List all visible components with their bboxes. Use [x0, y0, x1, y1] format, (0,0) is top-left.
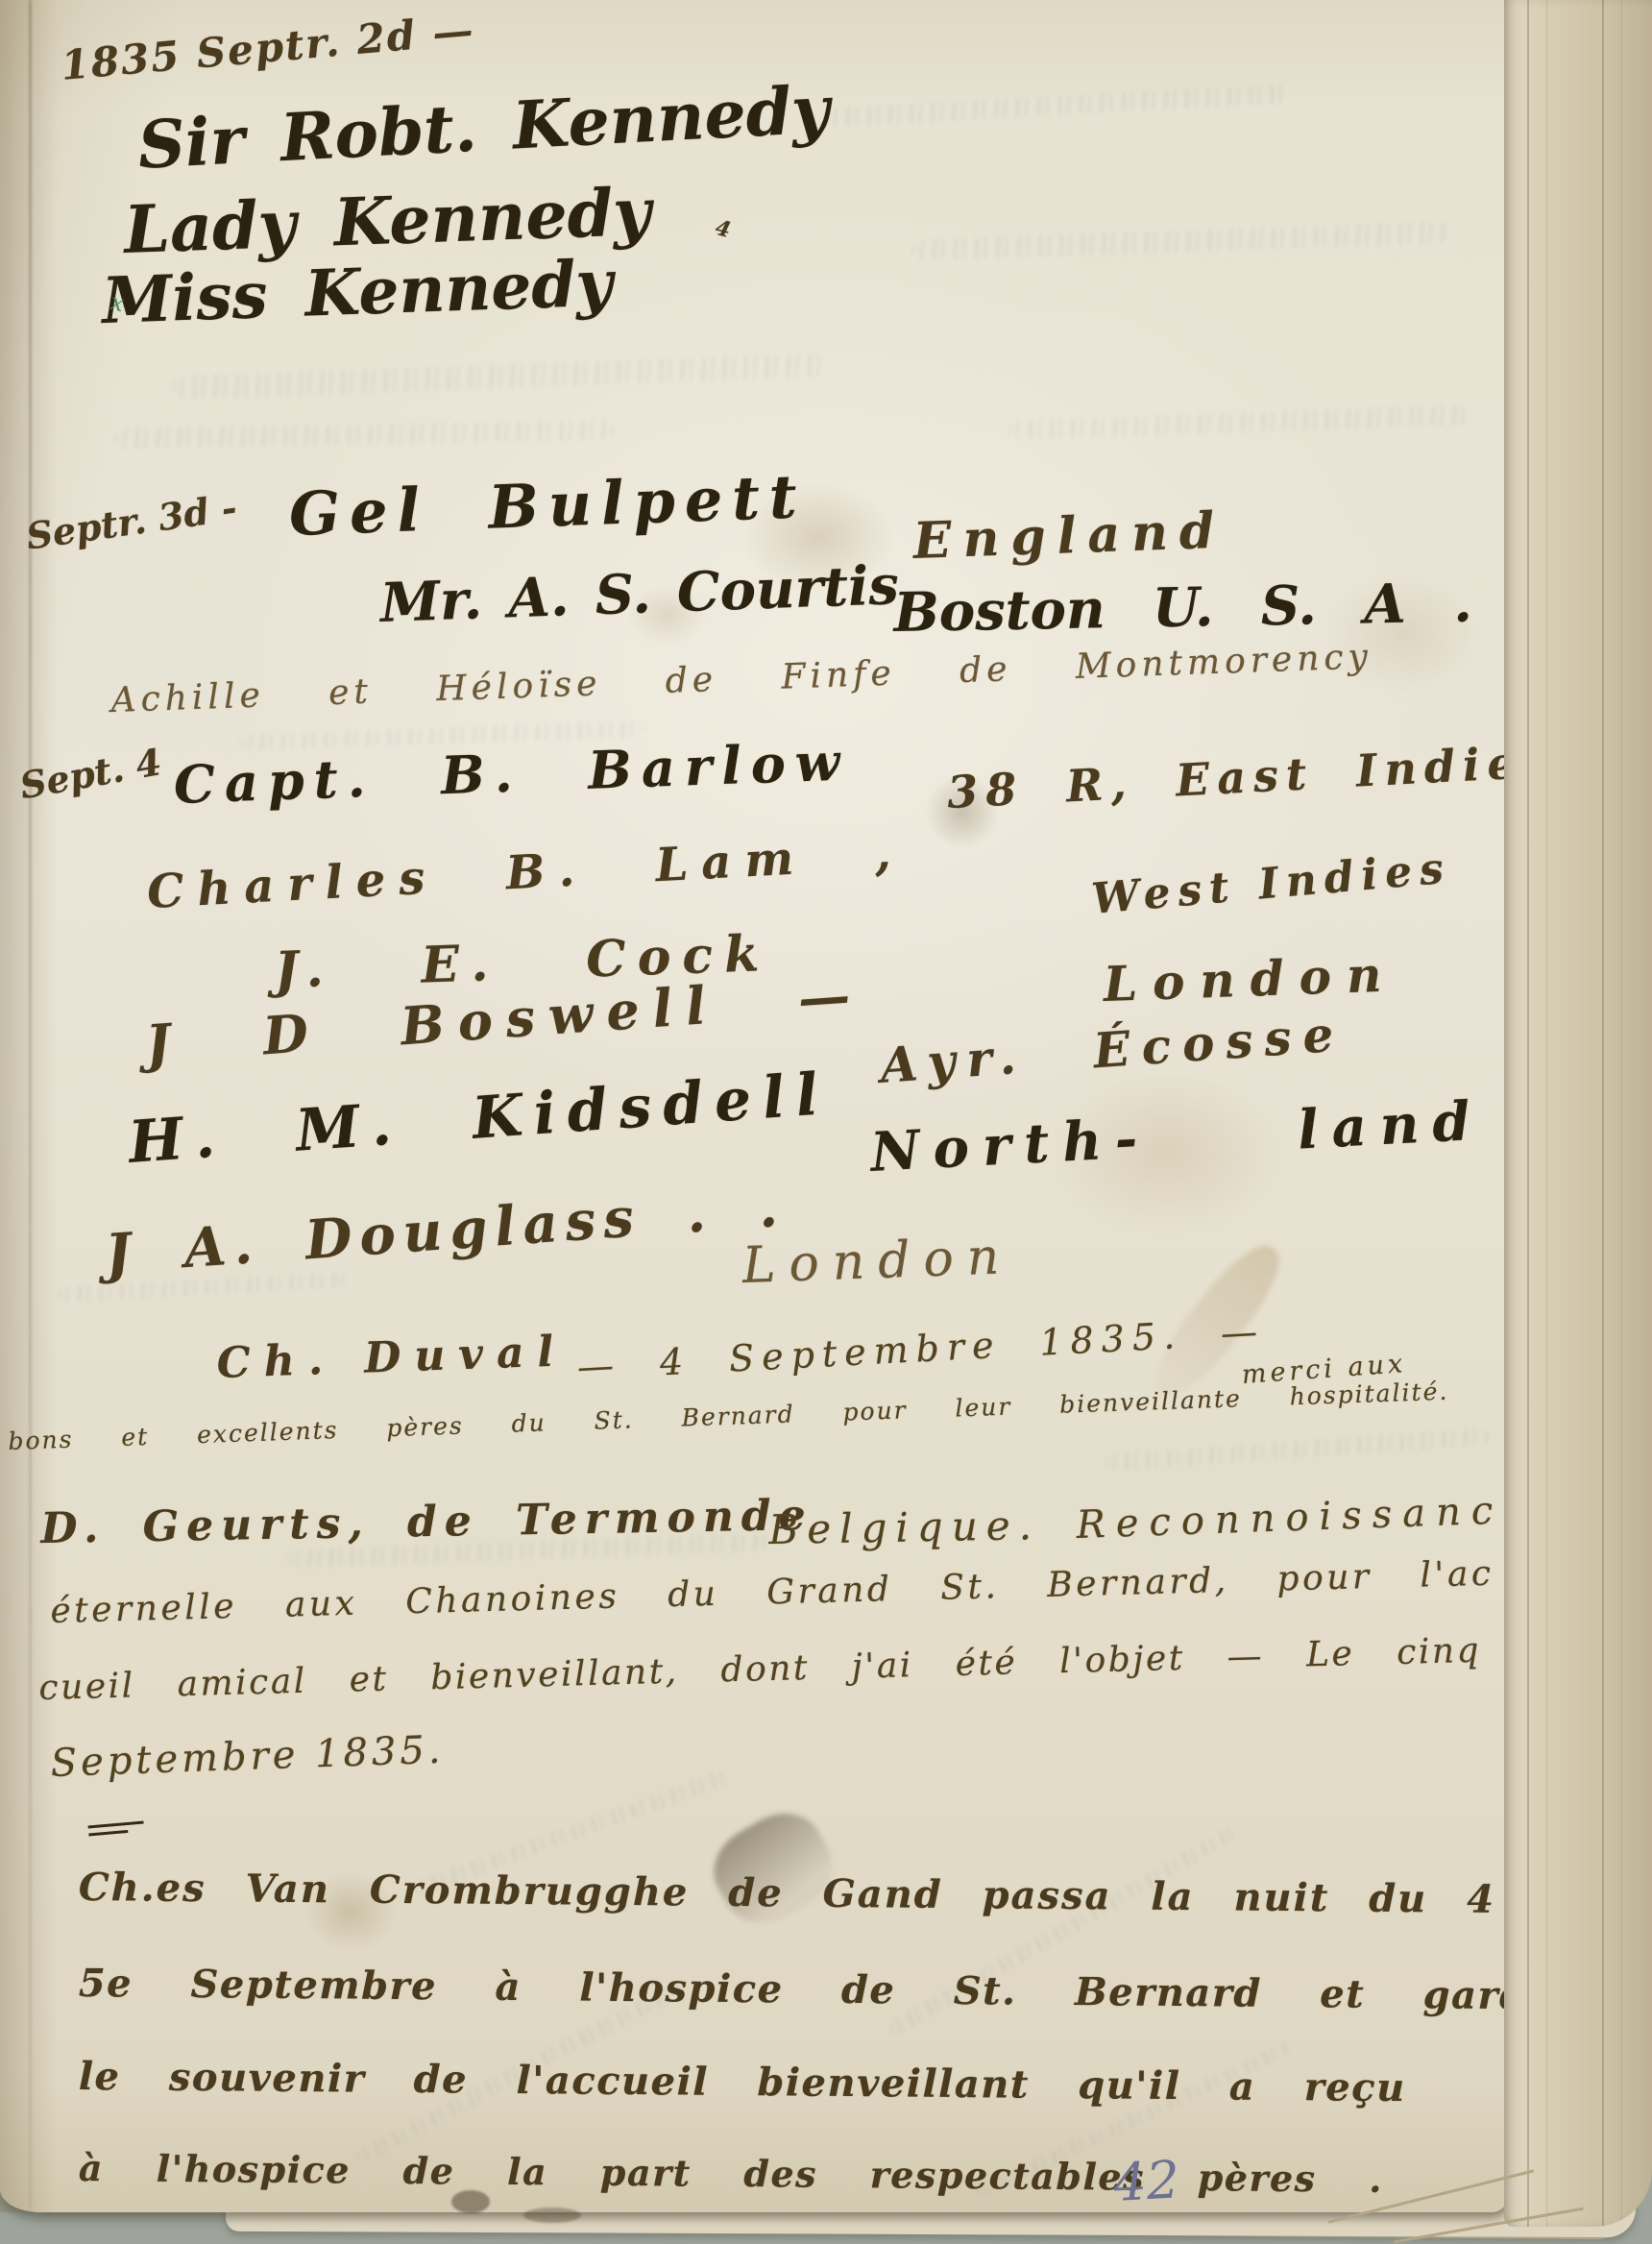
entry-name: Miss Kennedy — [101, 251, 614, 332]
ink-showthrough — [115, 420, 615, 448]
entry-note: éternelle aux Chanoines du Grand St. Ber… — [50, 1557, 1494, 1629]
entry-name: Sir Robt. Kennedy — [136, 77, 831, 179]
entry-place: England — [912, 506, 1227, 567]
ink-showthrough — [173, 354, 826, 400]
entry-name: H. M. Kidsdell — [127, 1065, 831, 1172]
entry-place: West Indies — [1090, 847, 1452, 921]
entry-place: London — [1103, 950, 1397, 1009]
entry-name: J A. Douglass . . — [104, 1181, 787, 1281]
ink-showthrough — [912, 221, 1450, 261]
entry-note: 5e Septembre à l'hospice de St. Bernard … — [79, 1964, 1554, 2015]
entry-place: 38 R, East Indies — [946, 739, 1557, 815]
entry-name: Mr. A. S. Courtis — [379, 558, 900, 630]
entry-place: Boston U. S. A . — [893, 575, 1472, 640]
ink-spot — [523, 2207, 581, 2223]
ink-showthrough — [1105, 1427, 1489, 1472]
left-fold-crease — [29, 0, 32, 2209]
entry-note: Ch.es Van Crombrugghe de Gand passa la n… — [79, 1868, 1591, 1920]
ink-smudge — [699, 1798, 847, 1939]
ink-showthrough — [1008, 405, 1470, 441]
entry-note: Reconnoissance — [1076, 1490, 1538, 1545]
entry-note: cueil amical et bienveillant, dont j'ai … — [38, 1634, 1482, 1706]
entry-name: Ch. Duval — [216, 1330, 568, 1385]
entry-place: Belgique. — [768, 1505, 1040, 1550]
entry-name: Achille et Héloïse de Finfe de Montmoren… — [110, 640, 1373, 719]
entry-place: North- land — [869, 1094, 1485, 1180]
entry-note: bons et excellents pères du St. Bernard … — [8, 1379, 1449, 1453]
entry-note: le souvenir de l'accueil bienveillant qu… — [79, 2058, 1406, 2108]
entry-place: London — [741, 1232, 1013, 1291]
entry-place: Ayr. Écosse — [879, 1010, 1347, 1090]
entry-note: à l'hospice de la part des respectables … — [79, 2150, 1384, 2198]
double-dash-mark — [88, 1820, 145, 1837]
entry-name: Gel Bulpett — [288, 467, 807, 545]
pencil-page-number: 42 — [1112, 2154, 1180, 2209]
scanned-register-page: 1835 Septr. 2d — Sir Robt. Kennedy Lady … — [0, 0, 1652, 2244]
page-edge-stack — [1504, 0, 1652, 2227]
register-page: 1835 Septr. 2d — Sir Robt. Kennedy Lady … — [0, 0, 1506, 2212]
entry-note: Septembre 1835. — [50, 1731, 445, 1783]
entry-name: Charles B. Lam , — [146, 830, 905, 915]
ink-spot — [451, 2190, 490, 2213]
ink-showthrough — [826, 84, 1287, 127]
left-edge-shade — [0, 0, 67, 2212]
margin-small-mark: 4 — [714, 217, 733, 241]
heading-date: 1835 Septr. 2d — — [60, 10, 476, 85]
